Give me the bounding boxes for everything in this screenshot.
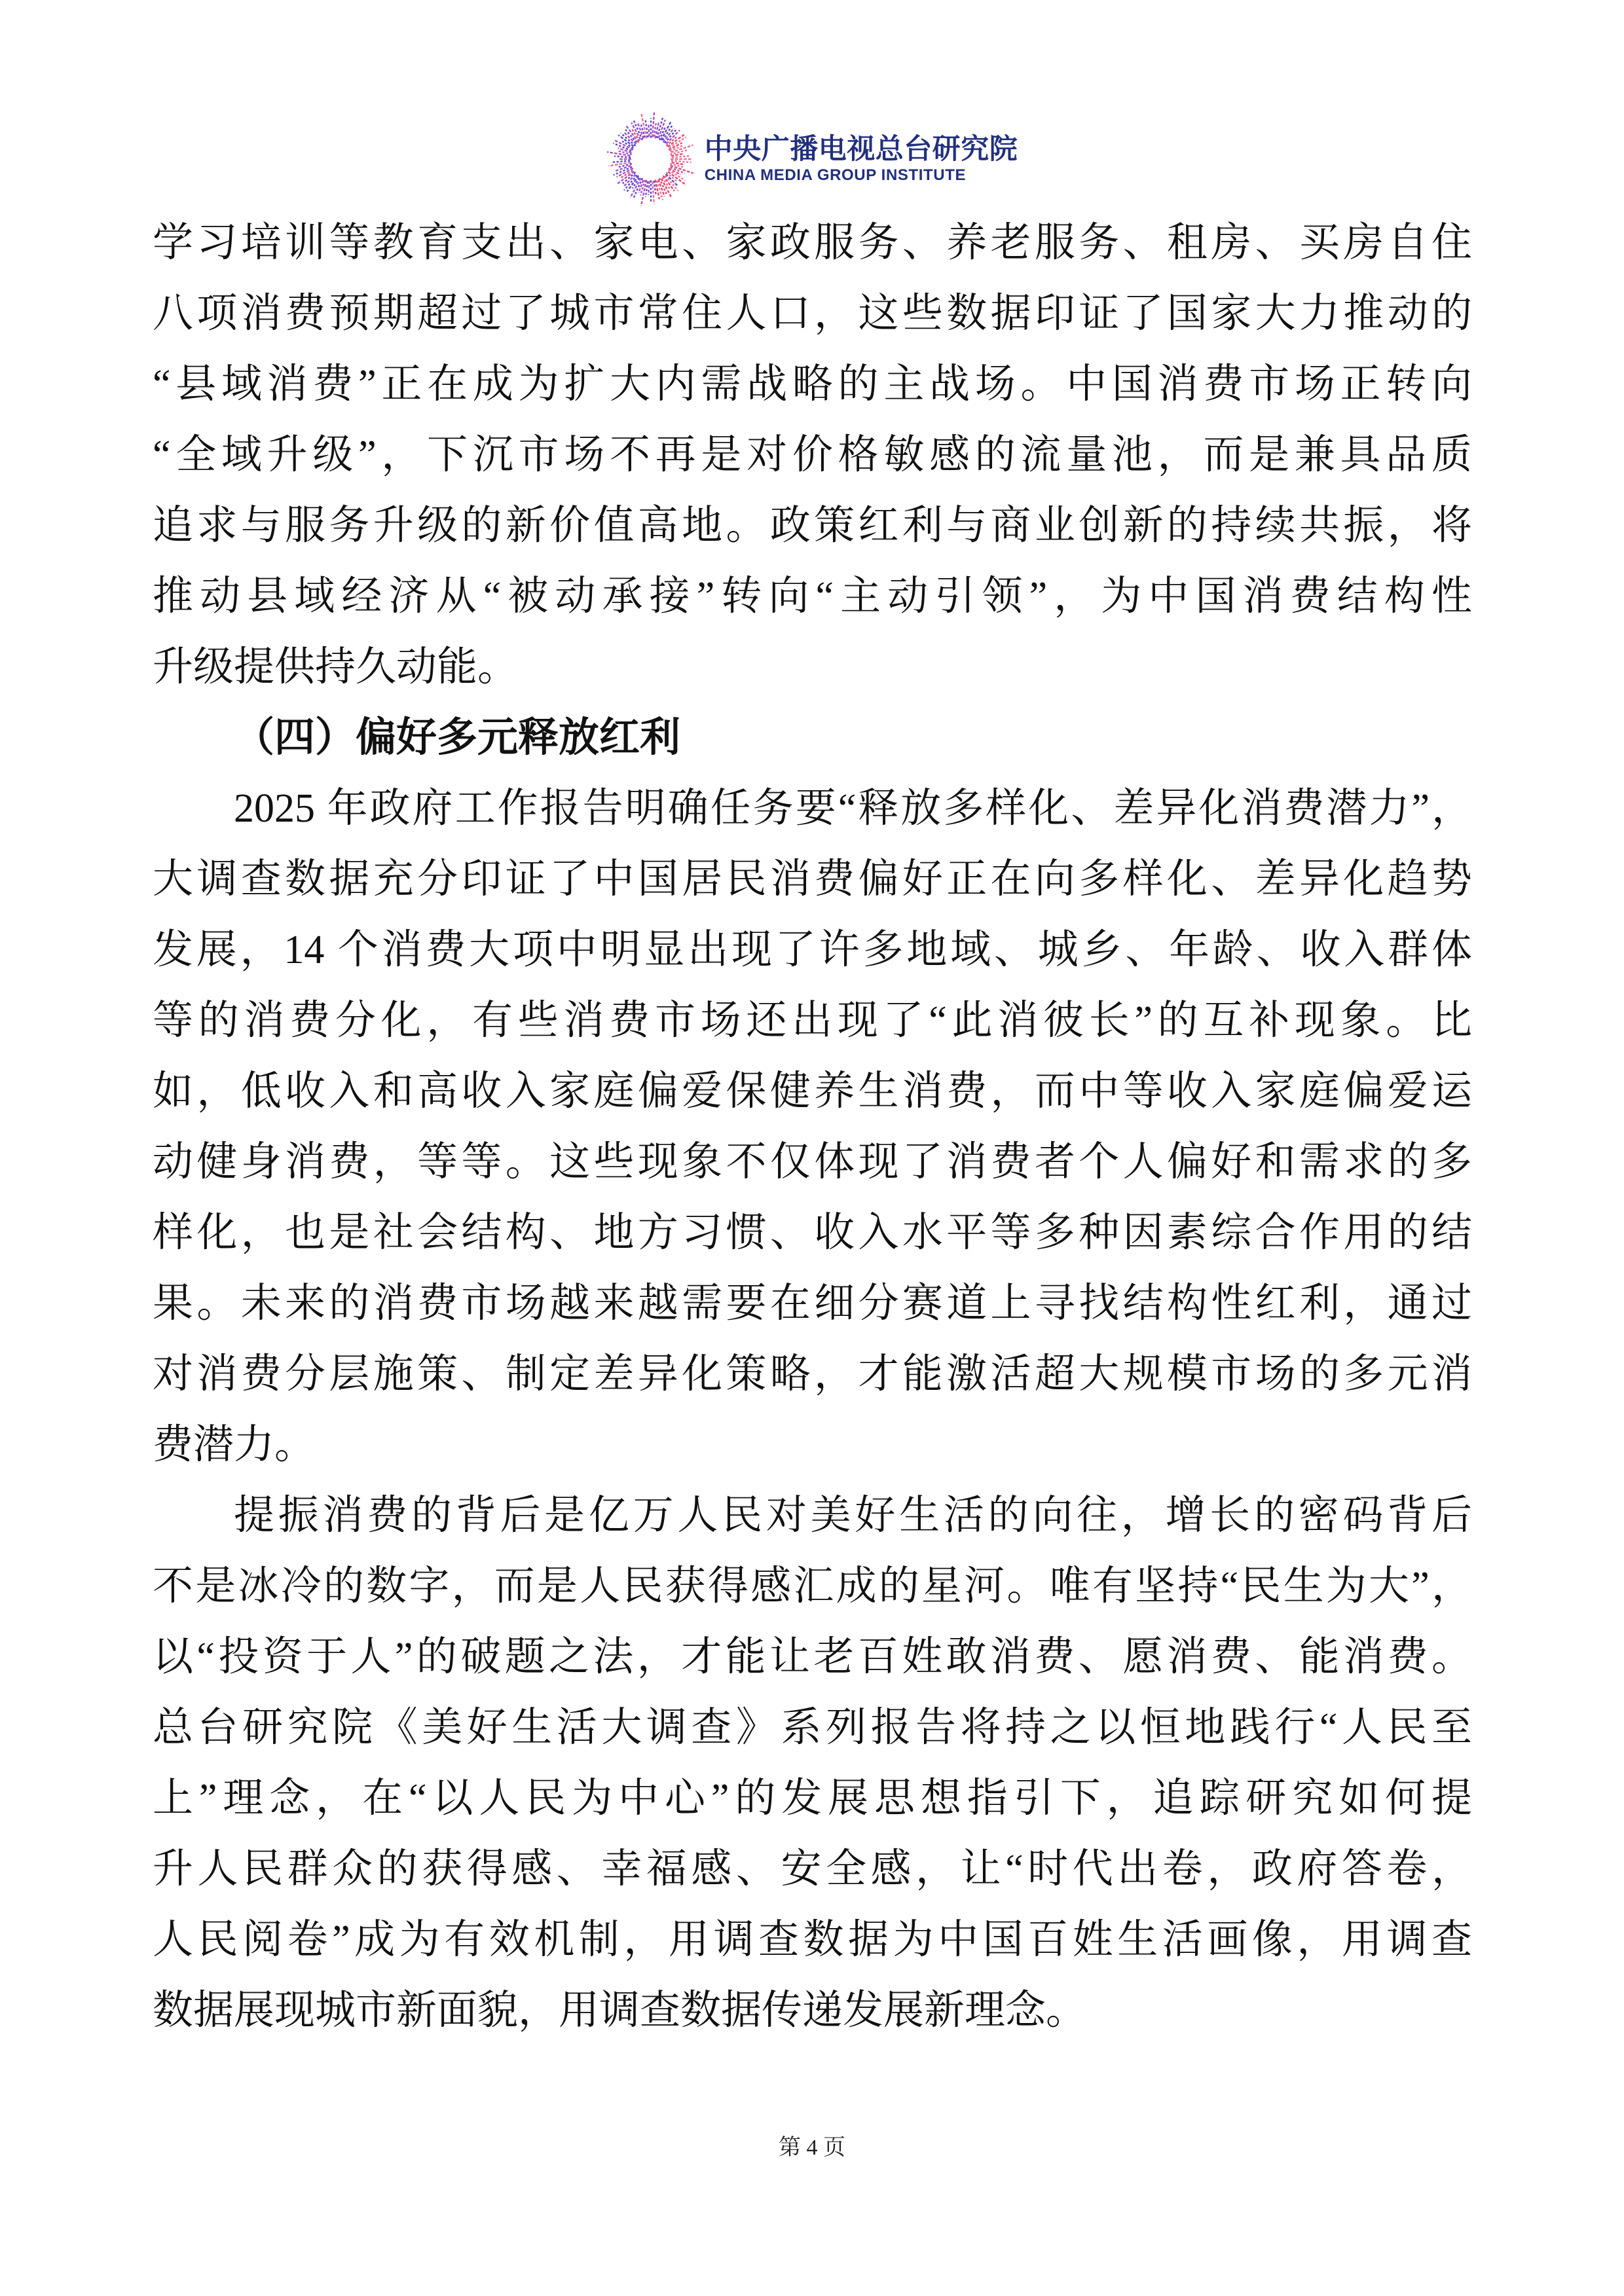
cmg-sunburst-logo-icon: [606, 110, 698, 208]
body-text-line: 2025 年政府工作报告明确任务要“释放多样化、差异化消费潜力”，: [153, 773, 1472, 844]
body-text-line: 样化，也是社会结构、地方习惯、收入水平等多种因素综合作用的结: [153, 1197, 1472, 1268]
org-name-en: CHINA MEDIA GROUP INSTITUTE: [705, 166, 1018, 185]
page-number: 第 4 页: [0, 2129, 1624, 2161]
body-text-line: 提振消费的背后是亿万人民对美好生活的向往，增长的密码背后: [153, 1480, 1472, 1551]
body-text-line: 人民阅卷”成为有效机制，用调查数据为中国百姓生活画像，用调查: [153, 1904, 1472, 1975]
body-text-line: 发展，14 个消费大项中明显出现了许多地域、城乡、年龄、收入群体: [153, 915, 1472, 985]
body-text-line: 对消费分层施策、制定差异化策略，才能激活超大规模市场的多元消: [153, 1339, 1472, 1410]
org-name-zh: 中央广播电视总台研究院: [705, 133, 1018, 166]
body-text-line: 八项消费预期超过了城市常住人口，这些数据印证了国家大力推动的: [153, 278, 1472, 349]
body-text-line: 动健身消费，等等。这些现象不仅体现了消费者个人偏好和需求的多: [153, 1127, 1472, 1197]
body-text-line: 不是冰冷的数字，而是人民获得感汇成的星河。唯有坚持“民生为大”，: [153, 1551, 1472, 1622]
body-text-line: “全域升级”，下沉市场不再是对价格敏感的流量池，而是兼具品质: [153, 420, 1472, 490]
letterhead: 中央广播电视总台研究院 CHINA MEDIA GROUP INSTITUTE: [0, 110, 1624, 208]
body-text-line: 上”理念，在“以人民为中心”的发展思想指引下，追踪研究如何提: [153, 1763, 1472, 1834]
body-text-line: 升级提供持久动能。: [153, 632, 1472, 702]
letterhead-text: 中央广播电视总台研究院 CHINA MEDIA GROUP INSTITUTE: [705, 133, 1018, 185]
body-text-line: 以“投资于人”的破题之法，才能让老百姓敢消费、愿消费、能消费。: [153, 1622, 1472, 1692]
body-text-line: 总台研究院《美好生活大调查》系列报告将持之以恒地践行“人民至: [153, 1692, 1472, 1763]
body-text-line: 升人民群众的获得感、幸福感、安全感，让“时代出卷，政府答卷，: [153, 1834, 1472, 1904]
body-text-line: 追求与服务升级的新价值高地。政策红利与商业创新的持续共振，将: [153, 490, 1472, 561]
body-text-line: 数据展现城市新面貌，用调查数据传递发展新理念。: [153, 1975, 1472, 2046]
body-text-line: 等的消费分化，有些消费市场还出现了“此消彼长”的互补现象。比: [153, 985, 1472, 1056]
body-text-line: 如，低收入和高收入家庭偏爱保健养生消费，而中等收入家庭偏爱运: [153, 1056, 1472, 1127]
document-body: 学习培训等教育支出、家电、家政服务、养老服务、租房、买房自住八项消费预期超过了城…: [153, 208, 1472, 2046]
body-text-line: 推动县域经济从“被动承接”转向“主动引领”，为中国消费结构性: [153, 561, 1472, 632]
section-heading-line: （四）偏好多元释放红利: [153, 702, 1472, 773]
body-text-line: 果。未来的消费市场越来越需要在细分赛道上寻找结构性红利，通过: [153, 1268, 1472, 1339]
body-text-line: “县域消费”正在成为扩大内需战略的主战场。中国消费市场正转向: [153, 349, 1472, 420]
body-text-line: 费潜力。: [153, 1410, 1472, 1480]
body-text-line: 学习培训等教育支出、家电、家政服务、养老服务、租房、买房自住: [153, 208, 1472, 278]
body-text-line: 大调查数据充分印证了中国居民消费偏好正在向多样化、差异化趋势: [153, 844, 1472, 915]
document-page: 中央广播电视总台研究院 CHINA MEDIA GROUP INSTITUTE …: [0, 0, 1624, 2296]
